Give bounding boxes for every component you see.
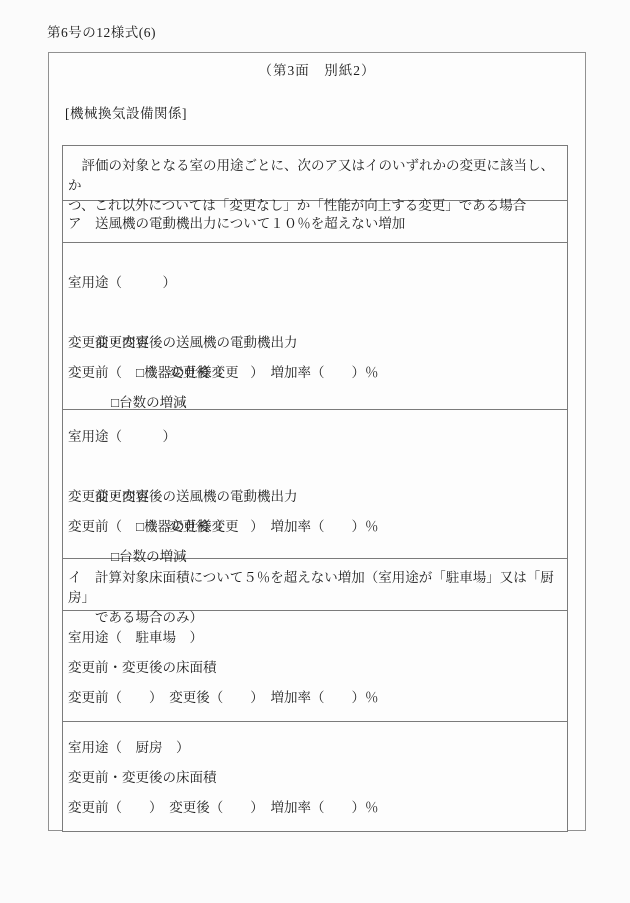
change-content-line: 変更内容 □機器の仕様変更 □台数の増減 bbox=[68, 452, 559, 482]
category-label: [機械換気設備関係] bbox=[65, 102, 585, 122]
motor-output-label: 変更前・変更後の送風機の電動機出力 bbox=[68, 328, 559, 358]
option-count-change: □台数の増減 bbox=[111, 395, 187, 410]
parking-entry: 室用途（ 駐車場 ） 変更前・変更後の床面積 変更前（ ） 変更後（ ） 増加率… bbox=[63, 611, 567, 722]
condition-line-1: 評価の対象となる室の用途ごとに、次のア又はイのいずれかの変更に該当し、か bbox=[68, 156, 559, 196]
item-a-title: ア 送風機の電動機出力について１０％を超えない増加 bbox=[68, 212, 405, 232]
floor-area-label: 変更前・変更後の床面積 bbox=[68, 653, 559, 683]
values-line: 変更前（ ） 変更後（ ） 増加率（ ）％ bbox=[68, 793, 559, 823]
change-content-line: 変更内容 □機器の仕様変更 □台数の増減 bbox=[68, 298, 559, 328]
item-b-title-line-1: イ 計算対象床面積について５％を超えない増加（室用途が「駐車場」又は「厨房」 bbox=[68, 568, 559, 608]
room-use-field: 室用途（ 駐車場 ） bbox=[68, 623, 559, 653]
floor-area-label: 変更前・変更後の床面積 bbox=[68, 763, 559, 793]
room-use-field: 室用途（ ） bbox=[68, 268, 559, 298]
form-number: 第6号の12様式(6) bbox=[47, 21, 156, 41]
option-count-change: □台数の増減 bbox=[111, 549, 187, 564]
condition-cell: 評価の対象となる室の用途ごとに、次のア又はイのいずれかの変更に該当し、か つ、こ… bbox=[63, 146, 567, 201]
checkbox-count-change-icon[interactable]: □ bbox=[111, 549, 119, 564]
fan-entry-2: 室用途（ ） 変更内容 □機器の仕様変更 □台数の増減 変更前・変更後の送風機の… bbox=[63, 410, 567, 559]
document-page: { "header": { "form_number": "第6号の12様式(6… bbox=[0, 0, 630, 903]
sheet-title: （第3面 別紙2） bbox=[49, 59, 585, 79]
values-line: 変更前（ ） 変更後（ ） 増加率（ ）％ bbox=[68, 512, 559, 542]
option-count-change-label: 台数の増減 bbox=[119, 395, 187, 410]
room-use-field: 室用途（ ） bbox=[68, 422, 559, 452]
form-table: 評価の対象となる室の用途ごとに、次のア又はイのいずれかの変更に該当し、か つ、こ… bbox=[62, 145, 568, 832]
form-outer-box: （第3面 別紙2） [機械換気設備関係] 評価の対象となる室の用途ごとに、次のア… bbox=[48, 52, 586, 831]
room-use-field: 室用途（ 厨房 ） bbox=[68, 733, 559, 763]
checkbox-count-change-icon[interactable]: □ bbox=[111, 395, 119, 410]
values-line: 変更前（ ） 変更後（ ） 増加率（ ）％ bbox=[68, 358, 559, 388]
option-count-change-label: 台数の増減 bbox=[119, 549, 187, 564]
motor-output-label: 変更前・変更後の送風機の電動機出力 bbox=[68, 482, 559, 512]
kitchen-entry: 室用途（ 厨房 ） 変更前・変更後の床面積 変更前（ ） 変更後（ ） 増加率（… bbox=[63, 722, 567, 831]
fan-entry-1: 室用途（ ） 変更内容 □機器の仕様変更 □台数の増減 変更前・変更後の送風機の… bbox=[63, 243, 567, 410]
values-line: 変更前（ ） 変更後（ ） 増加率（ ）％ bbox=[68, 683, 559, 713]
